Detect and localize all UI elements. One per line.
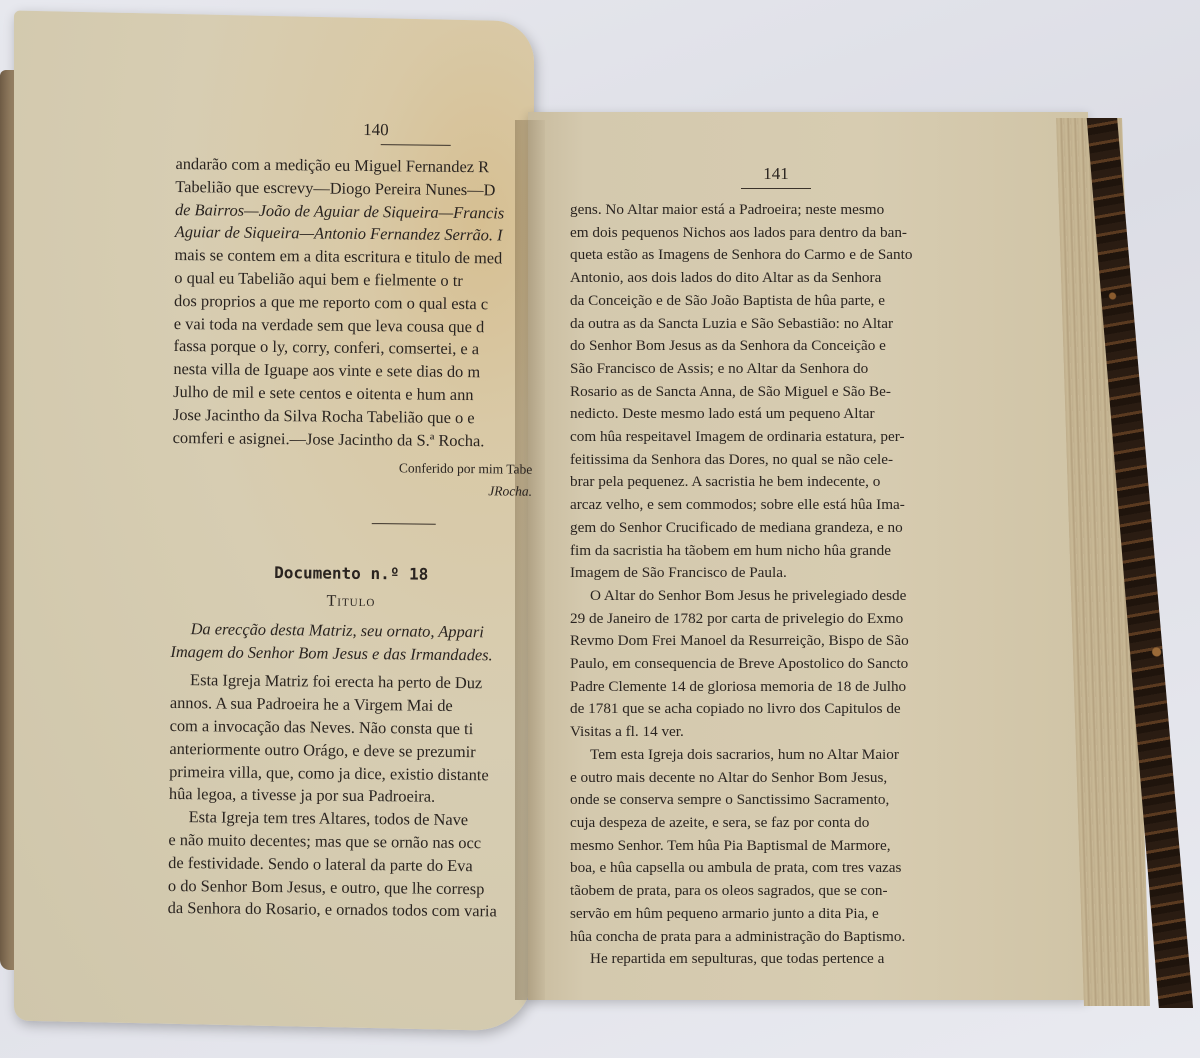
text-line: Rosario as de Sancta Anna, de São Miguel… xyxy=(570,381,982,404)
text-line: He repartida em sepulturas, que todas pe… xyxy=(570,948,982,971)
text-line: comferi e asignei.—Jose Jacintho da S.ª … xyxy=(173,427,533,454)
text-line: hûa concha de prata para a administração… xyxy=(570,926,982,949)
continuation-paragraph: andarão com a medição eu Miguel Fernande… xyxy=(173,153,536,453)
text-line: Tem esta Igreja dois sacrarios, hum no A… xyxy=(570,744,982,767)
text-line: de festividade. Sendo o lateral da parte… xyxy=(168,852,528,879)
signature-block: Conferido por mim Tabe JRocha. xyxy=(172,455,532,503)
text-line: mesmo Senhor. Tem hûa Pia Baptismal de M… xyxy=(570,835,982,858)
text-line: cuja despeza de azeite, e sera, se faz p… xyxy=(570,812,982,835)
page-number: 141 xyxy=(570,164,982,184)
text-line: Padre Clemente 14 de gloriosa memoria de… xyxy=(570,676,982,699)
text-line: gens. No Altar maior está a Padroeira; n… xyxy=(570,199,982,222)
page-number-rule xyxy=(741,188,811,189)
text-line: Visitas a fl. 14 ver. xyxy=(570,721,982,744)
text-line: Tabelião que escrevy—Diogo Pereira Nunes… xyxy=(175,176,535,203)
text-line: do Senhor Bom Jesus as da Senhora da Con… xyxy=(570,335,982,358)
text-line: Revmo Dom Frei Manoel da Resurreição, Bi… xyxy=(570,630,982,653)
signature-line: JRocha. xyxy=(172,477,532,503)
text-line: brar pela pequenez. A sacristia he bem i… xyxy=(570,471,982,494)
left-page-text: 140 andarão com a medição eu Miguel Fern… xyxy=(168,118,536,924)
text-line: Imagem de São Francisco de Paula. xyxy=(570,562,982,585)
text-line: Paulo, em consequencia de Breve Apostoli… xyxy=(570,653,982,676)
page-number-rule xyxy=(381,144,451,146)
paragraph: Tem esta Igreja dois sacrarios, hum no A… xyxy=(570,744,982,948)
text-line: São Francisco de Assis; e no Altar da Se… xyxy=(570,358,982,381)
paragraph: Esta Igreja Matriz foi erecta ha perto d… xyxy=(169,669,530,810)
text-line: 29 de Janeiro de 1782 por carta de prive… xyxy=(570,608,982,631)
text-line: boa, e hûa capsella ou ambula de prata, … xyxy=(570,857,982,880)
document-title: Documento n.º 18 xyxy=(171,562,531,585)
text-line: feitissima da Senhora das Dores, no qual… xyxy=(570,449,982,472)
text-line: Antonio, aos dois lados do dito Altar as… xyxy=(570,267,982,290)
text-line: da Senhora do Rosario, e ornados todos c… xyxy=(168,897,528,924)
text-line: tãobem de prata, para os oleos sagrados,… xyxy=(570,880,982,903)
text-line: servão em hûm pequeno armario junto a di… xyxy=(570,903,982,926)
text-line: de 1781 que se acha copiado no livro dos… xyxy=(570,698,982,721)
document-subtitle: Titulo xyxy=(171,591,531,613)
text-line: queta estão as Imagens de Senhora do Car… xyxy=(570,244,982,267)
text-line: O Altar do Senhor Bom Jesus he privelegi… xyxy=(570,585,982,608)
paragraph: gens. No Altar maior está a Padroeira; n… xyxy=(570,199,982,585)
text-line: e outro mais decente no Altar do Senhor … xyxy=(570,767,982,790)
section-separator xyxy=(372,523,436,525)
text-line: dos proprios a que me reporto com o qual… xyxy=(174,290,534,317)
text-line: da Conceição e de São João Baptista de h… xyxy=(570,290,982,313)
text-line: gem do Senhor Crucificado de mediana gra… xyxy=(570,517,982,540)
paragraph: O Altar do Senhor Bom Jesus he privelegi… xyxy=(570,585,982,744)
text-line: arcaz velho, e sem commodos; sobre elle … xyxy=(570,494,982,517)
text-line: Julho de mil e sete centos e oitenta e h… xyxy=(173,381,533,408)
text-line: da outra as da Sancta Luzia e São Sebast… xyxy=(570,313,982,336)
paragraph: He repartida em sepulturas, que todas pe… xyxy=(570,948,982,971)
text-line: anteriormente outro Orágo, e deve se pre… xyxy=(169,738,529,765)
text-line: onde se conserva sempre o Sanctissimo Sa… xyxy=(570,789,982,812)
heading-line: Imagem do Senhor Bom Jesus e das Irmanda… xyxy=(170,640,530,667)
text-line: nedicto. Deste mesmo lado está um pequen… xyxy=(570,403,982,426)
text-line: fim da sacristia ha tãobem em hum nicho … xyxy=(570,540,982,563)
right-page-text: 141 gens. No Altar maior está a Padroeir… xyxy=(570,164,982,971)
paragraph: Esta Igreja tem tres Altares, todos de N… xyxy=(168,806,529,924)
text-line: e não muito decentes; mas que se ornão n… xyxy=(168,829,528,856)
document-heading: Da erecção desta Matriz, seu ornato, App… xyxy=(170,617,530,667)
text-line: Jose Jacintho da Silva Rocha Tabelião qu… xyxy=(173,404,533,431)
book-photo: 140 andarão com a medição eu Miguel Fern… xyxy=(0,0,1200,1058)
text-line: com hûa respeitavel Imagem de ordinaria … xyxy=(570,426,982,449)
text-line: em dois pequenos Nichos aos lados para d… xyxy=(570,222,982,245)
page-number: 140 xyxy=(216,118,536,141)
text-line: com a invocação das Neves. Não consta qu… xyxy=(170,715,530,742)
